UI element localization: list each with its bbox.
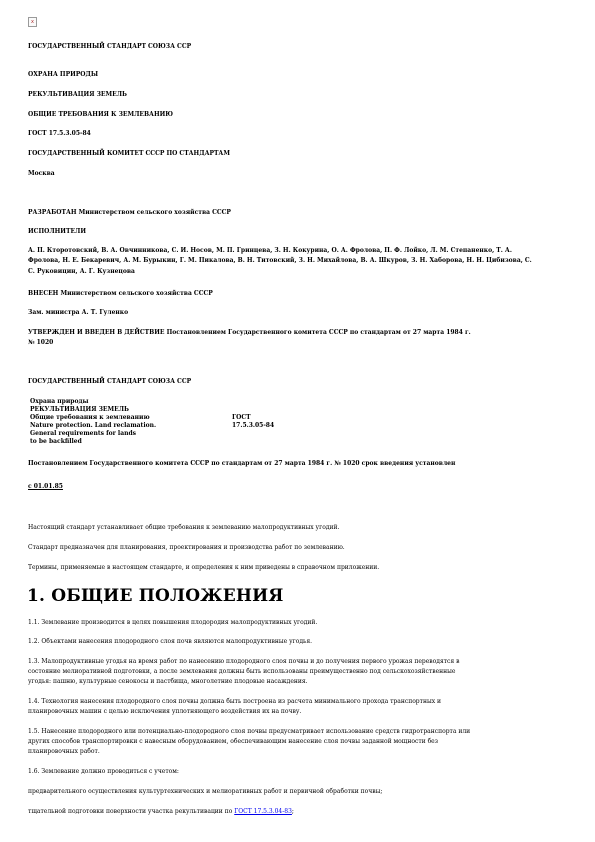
title-block-left-4: Nature protection. Land reclamation. — [30, 422, 156, 429]
title-block-state-standard: ГОСУДАРСТВЕННЫЙ СТАНДАРТ СОЮЗА ССР — [28, 378, 191, 385]
developed-text: Министерством сельского хозяйства СССР — [79, 209, 231, 216]
state-standard-heading: ГОСУДАРСТВЕННЫЙ СТАНДАРТ СОЮЗА ССР — [28, 43, 191, 50]
item-1-5-line-3: планировочных работ. — [28, 748, 100, 755]
item-1-1: 1.1. Землевание производится в целях пов… — [28, 619, 317, 626]
item-1-6-bullet-2: тщательной подготовки поверхности участк… — [28, 808, 294, 815]
city: Москва — [28, 170, 55, 177]
executors-line-3: С. Руковицин, А. Г. Кузнецова — [28, 268, 135, 275]
title-block-left-2: РЕКУЛЬТИВАЦИЯ ЗЕМЕЛЬ — [30, 406, 129, 413]
intro-paragraph-3: Термины, применяемые в настоящем стандар… — [28, 564, 379, 571]
item-1-3-line-3: угодья: пашню, культурные сенокосы и пас… — [28, 678, 308, 685]
intro-paragraph-2: Стандарт предназначен для планирования, … — [28, 544, 345, 551]
approved-text: Постановлением Государственного комитета… — [167, 329, 471, 336]
approved-label: УТВЕРЖДЕН И ВВЕДЕН В ДЕЙСТВИЕ — [28, 329, 164, 336]
approved-line-2: № 1020 — [28, 339, 53, 346]
effective-text: Постановлением Государственного комитета… — [28, 460, 455, 467]
introduced-by: ВНЕСЕН Министерством сельского хозяйства… — [28, 290, 213, 297]
executors-line-1: А. П. Кторотовский, В. А. Овчинникова, С… — [28, 247, 512, 254]
item-1-6-bullet-2-text: тщательной подготовки поверхности участк… — [28, 808, 234, 815]
title-block-left-1: Охрана природы — [30, 398, 89, 405]
title-block-gost-number: 17.5.3.05-84 — [232, 422, 274, 429]
item-1-3-line-1: 1.3. Малопродуктивные угодья на время ра… — [28, 658, 460, 665]
title-block-left-6: to be backfilled — [30, 438, 82, 445]
title-block-left-3: Общие требования к землеванию — [30, 414, 150, 421]
developed-by: РАЗРАБОТАН Министерством сельского хозяй… — [28, 209, 231, 216]
item-1-5-line-1: 1.5. Нанесение плодородного или потенциа… — [28, 728, 470, 735]
introduced-label: ВНЕСЕН — [28, 290, 58, 297]
intro-paragraph-1: Настоящий стандарт устанавливает общие т… — [28, 524, 339, 531]
committee-name: ГОСУДАРСТВЕННЫЙ КОМИТЕТ СССР ПО СТАНДАРТ… — [28, 150, 230, 157]
item-1-4-line-2: планировочных машин с целью исключения у… — [28, 708, 301, 715]
item-1-4-line-1: 1.4. Технология нанесения плодородного с… — [28, 698, 441, 705]
item-1-3-line-2: состояние мелиоративной подготовки, а по… — [28, 668, 455, 675]
executors-line-2: Фролова, Н. Е. Бекаревич, А. М. Бурыкин,… — [28, 257, 532, 264]
title-block-left-5: General requirements for lands — [30, 430, 136, 437]
section-heading: 1. ОБЩИЕ ПОЛОЖЕНИЯ — [27, 586, 284, 606]
doc-title-nature-protection: ОХРАНА ПРИРОДЫ — [28, 71, 98, 78]
gost-17-5-3-04-83-link[interactable]: ГОСТ 17.5.3.04-83 — [234, 808, 292, 815]
title-block-gost-label: ГОСТ — [232, 414, 251, 421]
broken-image-icon: x — [28, 17, 37, 27]
approved-line-1: УТВЕРЖДЕН И ВВЕДЕН В ДЕЙСТВИЕ Постановле… — [28, 329, 471, 336]
item-1-6: 1.6. Землевание должно проводиться с уче… — [28, 768, 179, 775]
gost-number: ГОСТ 17.5.3.05-84 — [28, 130, 91, 137]
developed-label: РАЗРАБОТАН — [28, 209, 77, 216]
item-1-5-line-2: других способов транспортировки с навесн… — [28, 738, 438, 745]
doc-title-general-requirements: ОБЩИЕ ТРЕБОВАНИЯ К ЗЕМЛЕВАНИЮ — [28, 111, 173, 118]
item-1-6-bullet-2-suffix: ; — [292, 808, 294, 815]
deputy-minister: Зам. министра А. Т. Гуленко — [28, 309, 128, 316]
doc-title-land-reclamation: РЕКУЛЬТИВАЦИЯ ЗЕМЕЛЬ — [28, 91, 127, 98]
introduced-text: Министерством сельского хозяйства СССР — [60, 290, 212, 297]
item-1-2: 1.2. Объектами нанесения плодородного сл… — [28, 638, 312, 645]
effective-date: с 01.01.85 — [28, 483, 63, 490]
executors-label: ИСПОЛНИТЕЛИ — [28, 228, 86, 235]
item-1-6-bullet-1: предварительного осуществления культурте… — [28, 788, 382, 795]
